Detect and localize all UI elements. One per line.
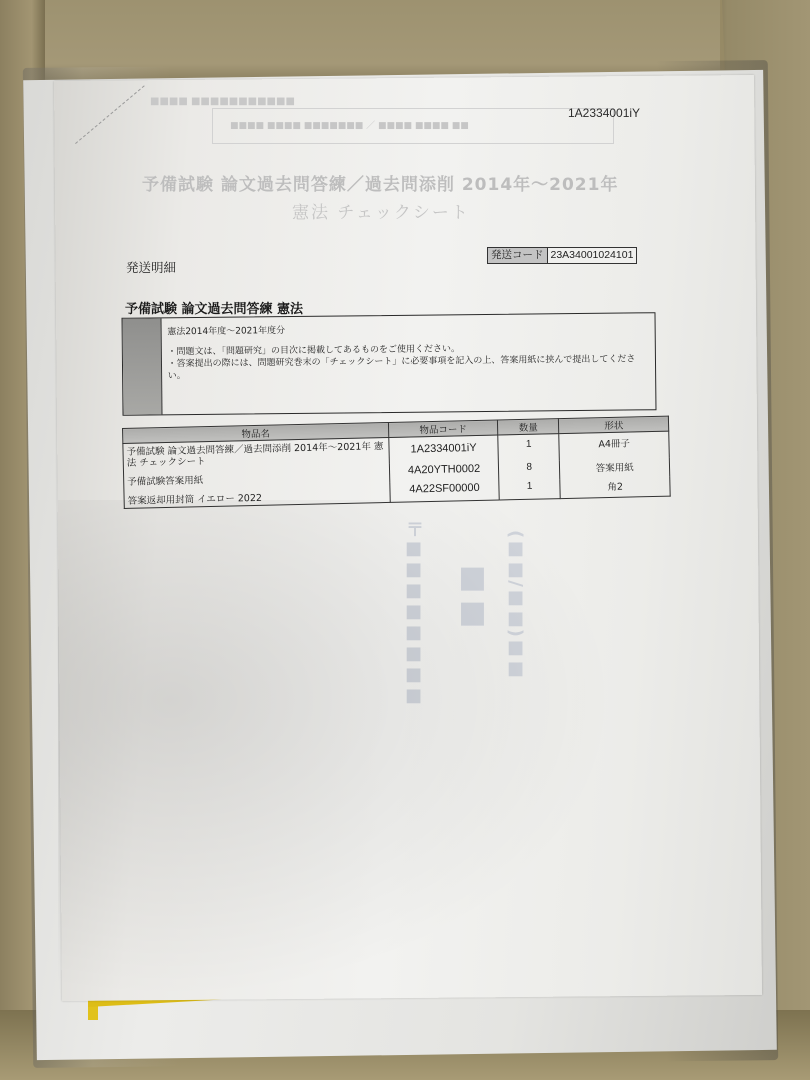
item-qty: 8 xyxy=(498,460,560,480)
item-code: 1A2334001iY xyxy=(389,435,498,464)
ghost-label-text: ■■■■ ■■■■ ■■■■■■■ ／ ■■■■ ■■■■ ■■ xyxy=(230,118,469,131)
items-table: 物品名 物品コード 数量 形状 予備試験 論文過去問答練／過去問添削 2014年… xyxy=(122,416,671,509)
notes-body: 憲法2014年度～2021年度分 ・問題文は、「問題研究」の目次に掲載してあるも… xyxy=(161,313,655,414)
item-form: 答案用紙 xyxy=(560,458,670,479)
shipping-code-value: 23A34001024101 xyxy=(548,248,637,263)
notes-period: 憲法2014年度～2021年度分 xyxy=(167,321,648,338)
ghost-code-line: ■■■■ ■■■■■■■■■■■ xyxy=(150,96,295,107)
ghost-subtitle: 憲法 チェックシート xyxy=(292,198,470,223)
header-quantity: 数量 xyxy=(497,419,559,435)
ghost-vertical-note: (■■/■■)■■ xyxy=(505,530,526,679)
item-code: 4A20YTH0002 xyxy=(389,461,498,482)
item-form: A4冊子 xyxy=(559,431,669,460)
product-title: 予備試験 論文過去問答練 憲法 xyxy=(125,298,303,317)
shipping-code-label: 発送コード xyxy=(488,248,548,263)
notes-box: 憲法2014年度～2021年度分 ・問題文は、「問題研究」の目次に掲載してあるも… xyxy=(122,312,657,416)
document-heading: 発送明細 xyxy=(126,258,176,276)
notes-box-sidebar xyxy=(123,318,163,414)
ghost-vertical-name: ■■ xyxy=(455,560,490,630)
shipping-code: 発送コード 23A34001024101 xyxy=(487,247,637,264)
ghost-title: 予備試験 論文過去問答練／過去問添削 2014年～2021年 xyxy=(142,170,618,195)
item-qty: 1 xyxy=(499,479,561,500)
notes-line: ・答案提出の際には、問題研究巻末の「チェックシート」に必要事項を記入の上、答案用… xyxy=(168,353,650,382)
item-code: 4A22SF00000 xyxy=(390,480,499,502)
ghost-vertical-address: 〒■■■■■■■■ xyxy=(400,520,426,706)
item-code-top: 1A2334001iY xyxy=(568,106,640,120)
item-qty: 1 xyxy=(498,434,560,462)
item-form: 角2 xyxy=(560,477,670,499)
